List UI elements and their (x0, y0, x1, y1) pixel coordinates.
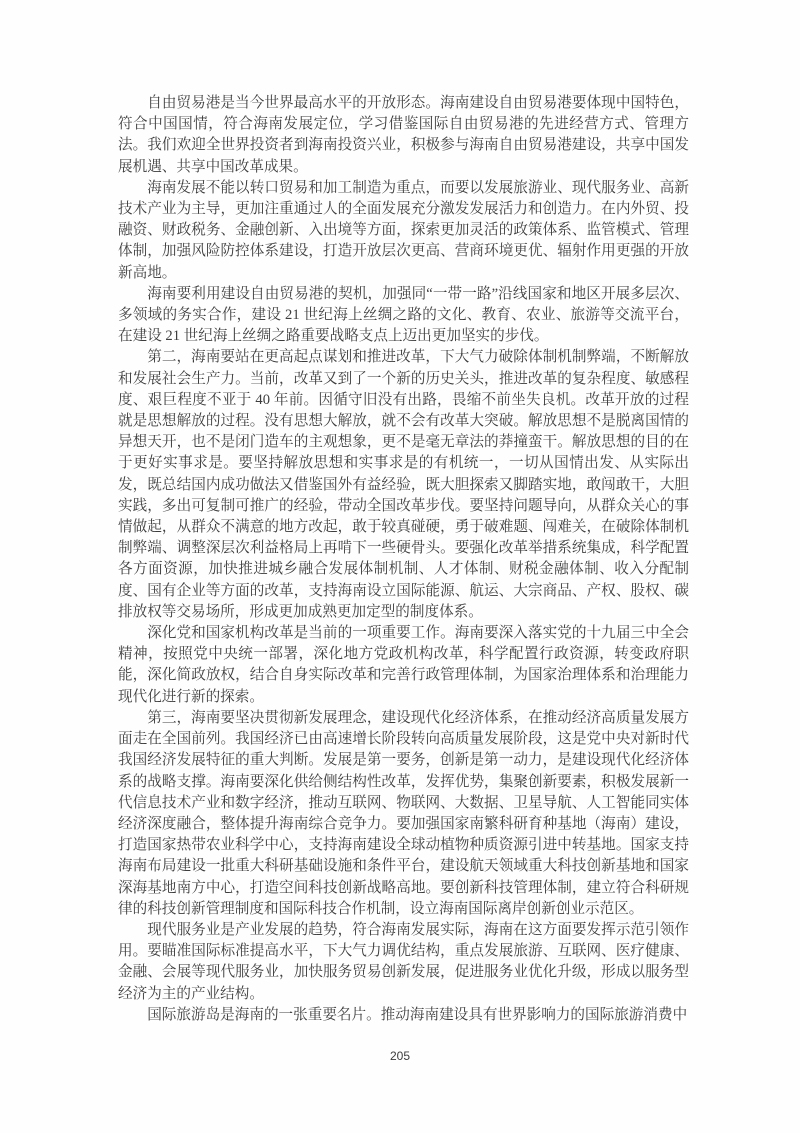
document-page: 自由贸易港是当今世界最高水平的开放形态。海南建设自由贸易港要体现中国特色，符合中… (0, 0, 800, 1133)
body-text: 自由贸易港是当今世界最高水平的开放形态。海南建设自由贸易港要体现中国特色，符合中… (118, 93, 689, 1026)
paragraph: 海南发展不能以转口贸易和加工制造为重点，而要以发展旅游业、现代服务业、高新技术产… (118, 178, 689, 284)
paragraph: 国际旅游岛是海南的一张重要名片。推动海南建设具有世界影响力的国际旅游消费中 (118, 1005, 689, 1026)
paragraph: 海南要利用建设自由贸易港的契机，加强同“一带一路”沿线国家和地区开展多层次、多领… (118, 284, 689, 348)
paragraph: 现代服务业是产业发展的趋势，符合海南发展实际，海南在这方面要发挥示范引领作用。要… (118, 920, 689, 1005)
paragraph: 第三，海南要坚决贯彻新发展理念，建设现代化经济体系，在推动经济高质量发展方面走在… (118, 708, 689, 920)
paragraph: 第二，海南要站在更高起点谋划和推进改革，下大气力破除体制机制弊端，不断解放和发展… (118, 347, 689, 623)
paragraph: 深化党和国家机构改革是当前的一项重要工作。海南要深入落实党的十九届三中全会精神，… (118, 623, 689, 708)
page-number: 205 (0, 1049, 800, 1063)
paragraph: 自由贸易港是当今世界最高水平的开放形态。海南建设自由贸易港要体现中国特色，符合中… (118, 93, 689, 178)
